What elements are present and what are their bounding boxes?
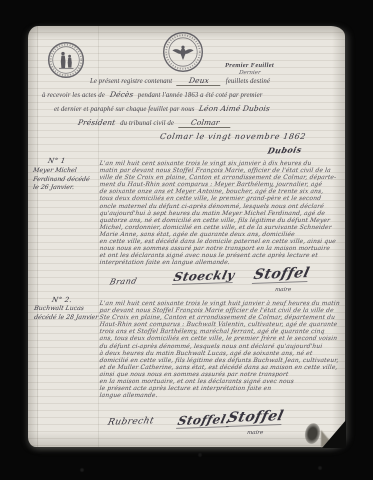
- handwritten-fill: Léon Aimé Dubois: [199, 104, 271, 113]
- act-body-line: Marie Anne, sans état, agée de quarante …: [99, 231, 341, 238]
- header-line-4: Président du tribunal civil de Colmar: [75, 118, 234, 128]
- margin-line: Buchwalt Lucas: [33, 305, 100, 314]
- header-line-3: et dernier et paraphé sur chaque feuille…: [54, 104, 273, 113]
- act-body-line: du défunt ci-après dénommé, lesquels nou…: [99, 343, 341, 350]
- printed-text: feuillets destiné: [226, 78, 270, 85]
- act-number: N° 1: [47, 157, 66, 165]
- handwritten-fill: Président: [77, 118, 116, 127]
- act-body-line: domicilié en cette ville, fils légitime …: [99, 357, 341, 364]
- header-line-2: à recevoir les actes de Décès pendant l'…: [42, 90, 263, 99]
- act-number: N° 2.: [51, 296, 72, 304]
- declarant-signature-2: Stoffel.: [176, 412, 232, 429]
- declarant-signature-2: Stoeckly: [172, 268, 236, 285]
- signature-role-note: maire: [275, 287, 292, 293]
- act-body-line: et de Muller Catherine, sans état, est d…: [99, 364, 341, 371]
- act-body-line: tous deux domiciliés en cette ville, le …: [99, 195, 341, 202]
- margin-line: le 26 Janvier.: [32, 184, 99, 193]
- act-body-line: quatorze ans, né et domicilié en cette v…: [99, 217, 341, 224]
- printed-text: et dernier et paraphé sur chaque feuille…: [54, 106, 195, 113]
- margin-line: Ferdinand décédé: [32, 176, 99, 185]
- mayor-signature: Stoffel: [252, 265, 311, 284]
- act-body-text: L'an mil huit cent soixante trois le vin…: [100, 160, 341, 266]
- margin-line: Meyer Michel: [32, 167, 99, 176]
- declarant-signature-1: Brand: [109, 277, 138, 287]
- mayor-signature: Stoffel: [226, 408, 285, 427]
- header-line-1: Le présent registre contenant Deux feuil…: [90, 76, 270, 86]
- act-body-line: oncle maternel du défunt ci-après dénomm…: [99, 203, 341, 210]
- declarant-signature-1: Rubrecht: [107, 416, 155, 428]
- figures-stamp-icon: [47, 41, 85, 79]
- printed-text: pendant l'année 1863 a été coté par prem…: [138, 92, 263, 99]
- act-body-line: Michel, cordonnier, domicilié en cette v…: [99, 224, 341, 231]
- printed-text: à recevoir les actes de: [42, 92, 105, 99]
- feuillet-heading: Premier Feuillet: [225, 62, 274, 69]
- act-body-line: ainsi que nous nous en sommes assurés pa…: [99, 371, 341, 378]
- ink-smudge: [303, 422, 322, 446]
- dateline: Colmar le vingt novembre 1862: [159, 132, 306, 141]
- signature-role-note: maire: [247, 430, 264, 436]
- handwritten-fill: Décès: [109, 90, 134, 99]
- handwritten-fill: Deux: [176, 76, 222, 86]
- act-body-text: L'an mil huit cent soixante trois le vin…: [100, 300, 341, 399]
- act-body-line: à deux heures du matin Buchwalt Lucas, a…: [99, 350, 341, 357]
- margin-rule-left: [37, 26, 38, 447]
- act-body-line: ans, tous deux domiciliés en cette ville…: [99, 335, 341, 342]
- handwritten-fill: Colmar: [178, 118, 232, 128]
- act-body-line: langue allemande.: [99, 392, 341, 399]
- president-signature: Dubois: [267, 144, 303, 155]
- printed-text: Le présent registre contenant: [90, 78, 172, 85]
- printed-text: du tribunal civil de: [120, 120, 174, 127]
- act-margin-note: Buchwalt Lucasdécédé le 28 Janvier: [34, 305, 100, 322]
- margin-line: décédé le 28 Janvier: [33, 314, 100, 323]
- scan-background: Premier Feuillet Dernier Le présent regi…: [0, 0, 373, 480]
- act-body-line: qu'aujourd'hui à sept heures du matin Me…: [99, 210, 341, 217]
- folded-corner-icon: [322, 420, 346, 448]
- act-margin-note: Meyer MichelFerdinand décédéle 26 Janvie…: [33, 167, 99, 193]
- register-page: Premier Feuillet Dernier Le présent regi…: [28, 26, 345, 447]
- eagle-seal-icon: [162, 31, 204, 73]
